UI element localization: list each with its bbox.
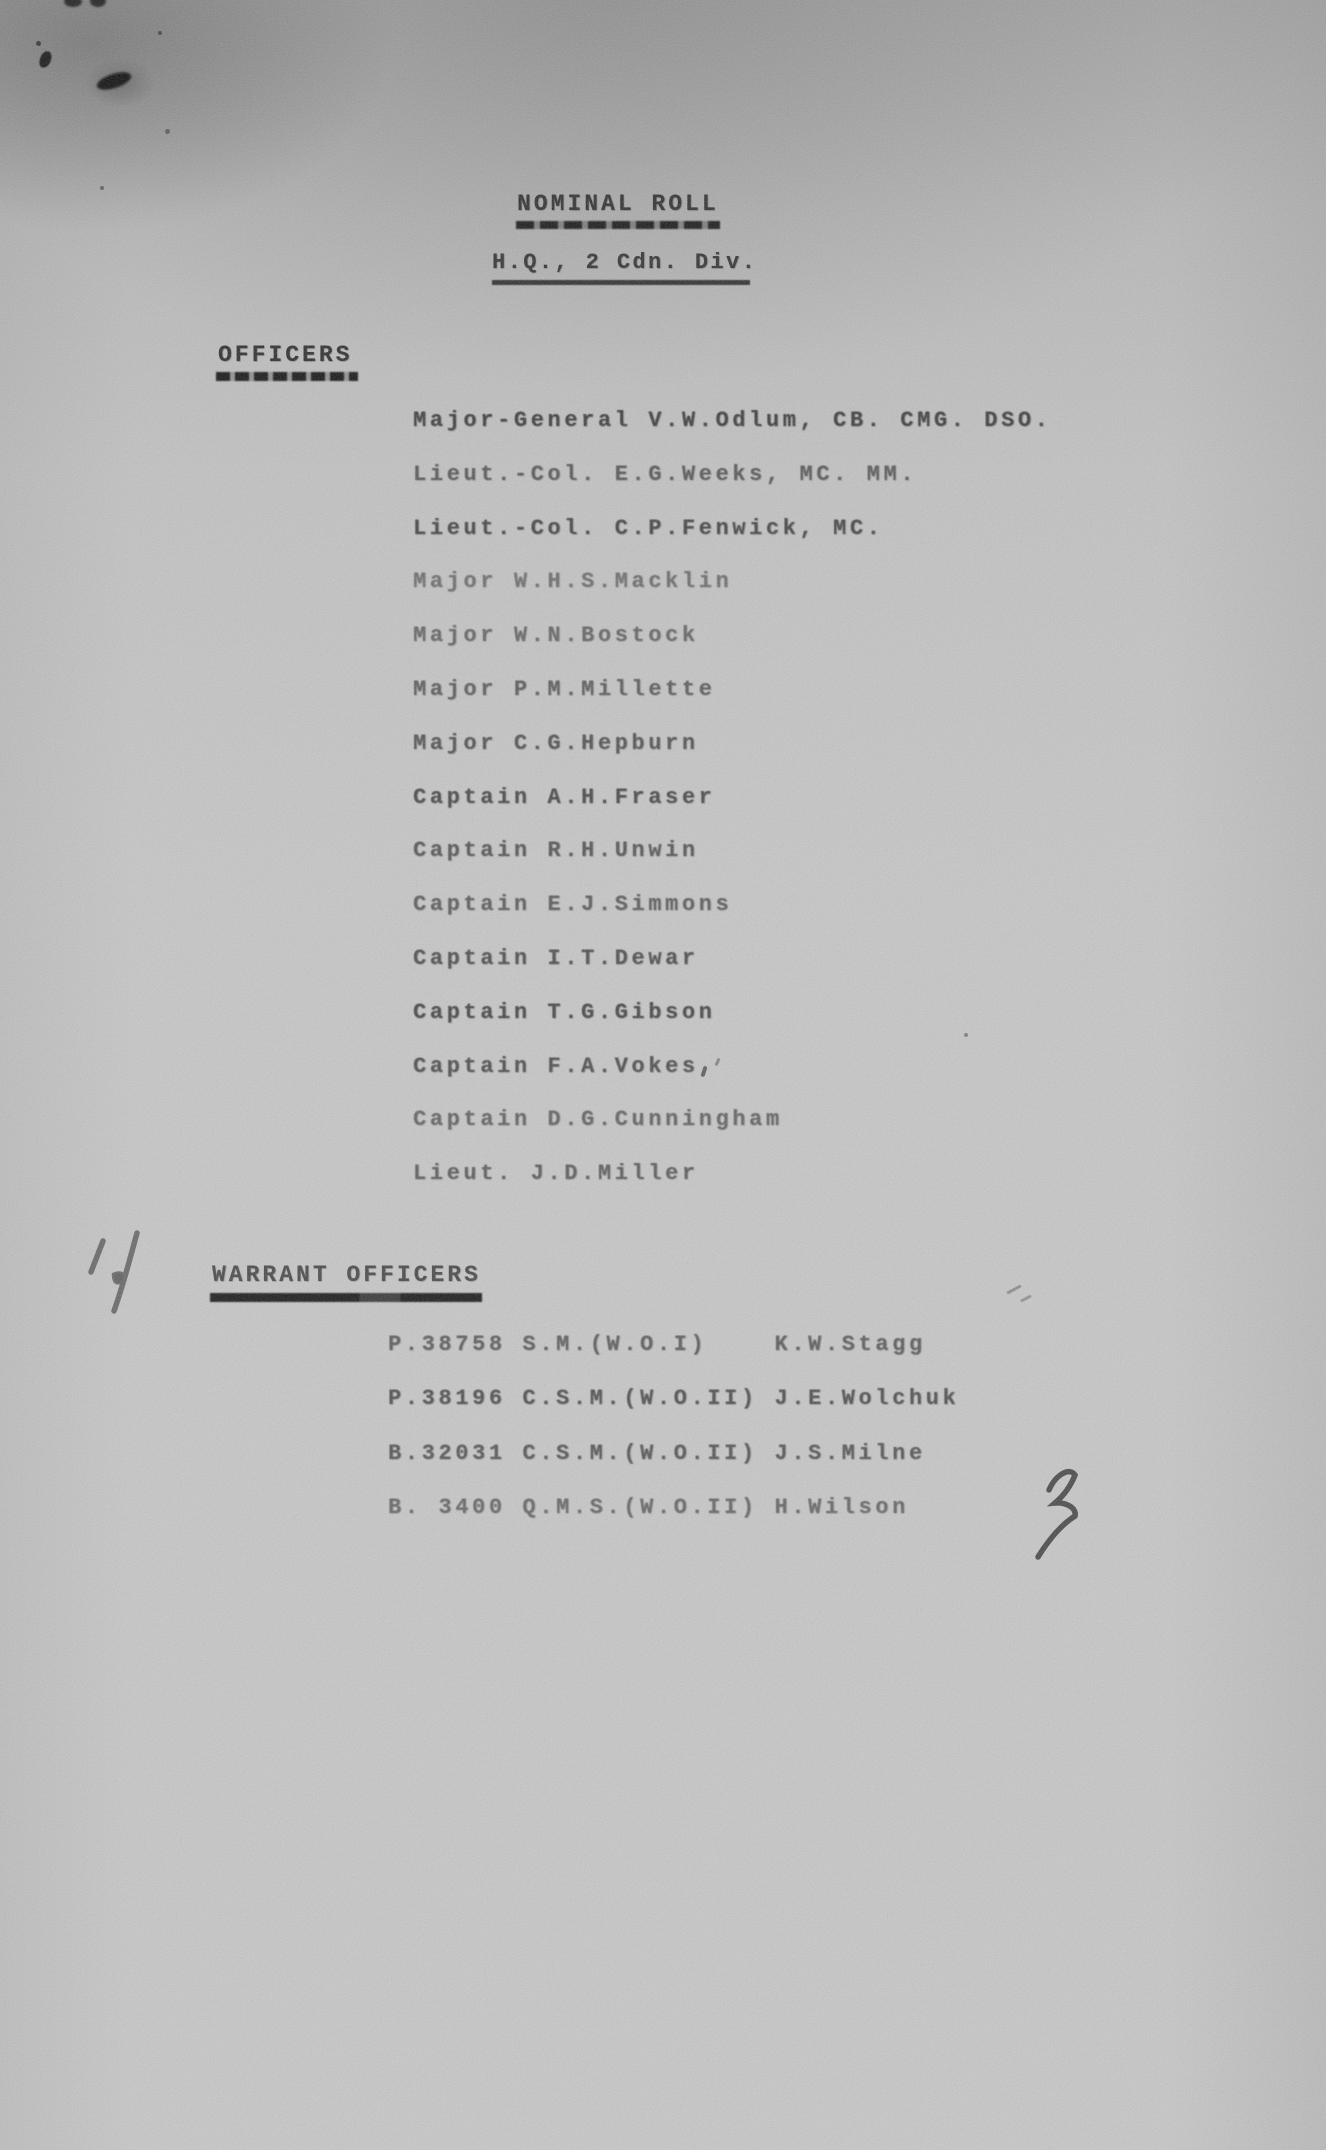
ink-smudge-artifact — [38, 50, 53, 69]
officer-roster-entry: Captain D.G.Cunningham — [413, 1107, 1051, 1161]
handwritten-left-margin-mark — [91, 1233, 137, 1311]
officers-heading-underline — [216, 372, 358, 381]
officer-roster-entry: Captain R.H.Unwin — [413, 838, 1051, 892]
warrant-officers-list: P.38758 S.M.(W.O.I) K.W.StaggP.38196 C.S… — [388, 1332, 959, 1550]
officer-roster-entry: Lieut. J.D.Miller — [413, 1161, 1051, 1215]
officers-section-heading: OFFICERS — [218, 342, 352, 368]
document-title: NOMINAL ROLL — [517, 190, 719, 218]
officer-roster-entry: Major-General V.W.Odlum, CB. CMG. DSO. — [413, 408, 1051, 462]
officer-roster-entry: Major W.H.S.Macklin — [413, 569, 1051, 623]
scanned-document-page: NOMINAL ROLL H.Q., 2 Cdn. Div. OFFICERS … — [0, 0, 1326, 2150]
officer-roster-entry: Captain I.T.Dewar — [413, 946, 1051, 1000]
ink-speck-artifact — [36, 41, 41, 46]
warrant-officer-roster-entry: B.32031 C.S.M.(W.O.II) J.S.Milne — [388, 1441, 959, 1495]
warrant-officer-roster-entry: P.38196 C.S.M.(W.O.II) J.E.Wolchuk — [388, 1386, 959, 1440]
warrant-officers-heading-underline — [210, 1293, 482, 1302]
warrant-officers-section-heading: WARRANT OFFICERS — [212, 1262, 481, 1288]
officer-roster-entry: Captain F.A.Vokes — [413, 1054, 1051, 1108]
pencil-dash-mark — [1020, 1294, 1032, 1302]
pencil-dash-mark — [1006, 1284, 1022, 1294]
subtitle-underline — [492, 280, 750, 285]
officer-roster-entry: Lieut.-Col. E.G.Weeks, MC. MM. — [413, 462, 1051, 516]
warrant-officer-roster-entry: P.38758 S.M.(W.O.I) K.W.Stagg — [388, 1332, 959, 1386]
title-underline — [516, 221, 720, 229]
officer-roster-entry: Captain E.J.Simmons — [413, 892, 1051, 946]
warrant-officer-roster-entry: B. 3400 Q.M.S.(W.O.II) H.Wilson — [388, 1495, 959, 1549]
officer-roster-entry: Captain A.H.Fraser — [413, 785, 1051, 839]
ink-speck-artifact — [158, 31, 162, 35]
officer-roster-entry: Major C.G.Hepburn — [413, 731, 1051, 785]
ink-speck-artifact — [964, 1033, 968, 1037]
officer-roster-entry: Major P.M.Millette — [413, 677, 1051, 731]
document-subtitle: H.Q., 2 Cdn. Div. — [492, 249, 757, 277]
handwritten-right-margin-mark — [1038, 1472, 1075, 1557]
ink-speck-artifact — [100, 186, 104, 190]
ink-blob-artifact — [64, 0, 82, 7]
officer-roster-entry: Lieut.-Col. C.P.Fenwick, MC. — [413, 516, 1051, 570]
officers-list: Major-General V.W.Odlum, CB. CMG. DSO.Li… — [413, 408, 1051, 1215]
ink-speck-artifact — [165, 129, 170, 134]
ink-blob-artifact — [90, 0, 106, 7]
officer-roster-entry: Major W.N.Bostock — [413, 623, 1051, 677]
officer-roster-entry: Captain T.G.Gibson — [413, 1000, 1051, 1054]
